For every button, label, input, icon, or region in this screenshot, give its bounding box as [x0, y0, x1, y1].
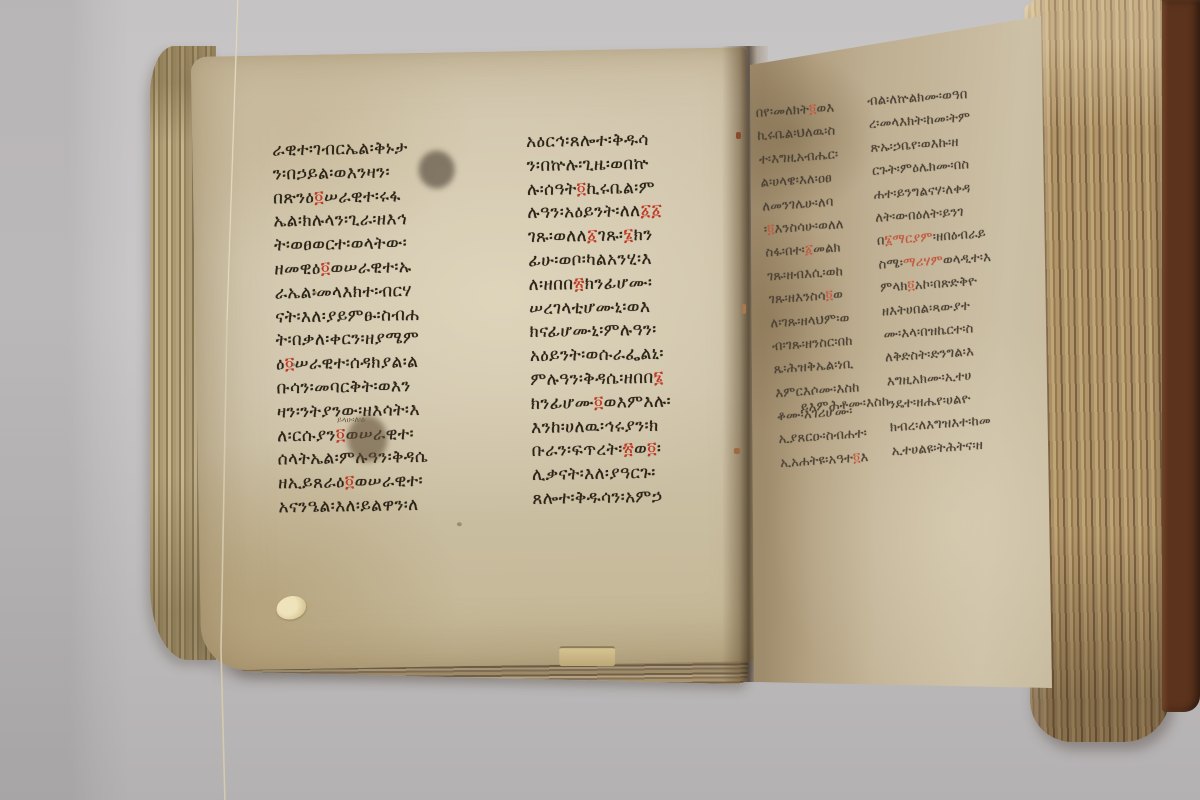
ink-text: ኢተሀልዩ፡ትሕትና፡ዘ	[891, 438, 983, 459]
speck	[292, 363, 295, 366]
ink-text: ል፡ሀላዌ፡እለ፡ዐፀ	[760, 171, 832, 191]
ink-text: ሉዓን፡አዕይንት፡ለለ	[527, 201, 640, 223]
ink-text: ፡ዘበዕብራይ	[932, 227, 986, 246]
ink-text: ክንፊሆሙ፡	[585, 273, 653, 294]
binding-fiber	[736, 132, 741, 139]
ink-text: ወላዲተ፡እ	[943, 250, 992, 268]
rubricated-text: ፮	[653, 368, 664, 388]
ink-text: እ	[860, 450, 869, 466]
rubricated-text: ማሪሃም	[903, 253, 944, 271]
photo-manuscript-scene: ራዊተ፡ገብርኤል፡ቅኑታን፡በኃይል፡ወእንዛን፡በጽንዕ፬ሠራዊተ፡ሩፋኤል…	[0, 0, 1200, 800]
ink-text: አናንዔል፡እለ፡ይልዋን፡ለ	[278, 495, 418, 517]
ink-text: ክንፊሆሙ	[531, 393, 594, 414]
ink-text: ክብረ፡ለእግዝእተ፡ከመ	[890, 414, 992, 436]
ink-text: ወ	[634, 439, 647, 459]
binding-fiber	[734, 448, 740, 454]
rubricated-text: ፩፩	[640, 201, 662, 221]
parchment-repair-tab	[559, 646, 615, 666]
speck	[313, 291, 317, 295]
ink-text: ተ፡እግዚአብሔር፡	[759, 147, 839, 167]
ink-text: ት፡ወፀወርተ፡ወላትው፡	[274, 233, 407, 255]
ink-text: ፊሁ፡ወቦ፡ካልአንሂ፡እ	[528, 249, 652, 271]
ink-text: ወሠራዊተ፡ኡ	[330, 257, 411, 278]
speck	[457, 522, 462, 526]
ink-text: ረ፡መላእክት፡ከመ፡ትም	[868, 110, 971, 132]
left-page: ራዊተ፡ገብርኤል፡ቅኑታን፡በኃይል፡ወእንዛን፡በጽንዕ፬ሠራዊተ፡ሩፋኤል…	[191, 47, 758, 671]
right-text-column-2: ብል፡ለኵልክሙ፡ወዓበረ፡መላእክት፡ከመ፡ትምጽኡ፡ኃቤየ፡ወእኩ፡ዘርጉት…	[866, 78, 1062, 463]
ink-text: በጽንዕ	[273, 187, 314, 208]
ink-text: ወእ	[816, 101, 835, 117]
ink-text: ዘመዊዕ	[274, 259, 321, 280]
ink-text: ሠራዊተ፡ሰዳክያል፡ል	[295, 352, 419, 374]
ink-text: ሠረገላቲሆሙኒ፡ወእ	[529, 296, 651, 318]
ink-text: ናት፡እለ፡ያይምፁ፡ስብሐ	[275, 305, 419, 328]
ink-text: አኮ፡በጽድቅዮ	[914, 274, 977, 293]
left-text-column-1: ራዊተ፡ገብርኤል፡ቅኑታን፡በኃይል፡ወእንዛን፡በጽንዕ፬ሠራዊተ፡ሩፋኤል…	[272, 135, 515, 520]
ink-text: ጼ፡ሕዝቅኤል፡ነቢ	[773, 357, 854, 378]
ink-text: እንከ፡ሀለዉ፡ኅሩያን፡ክ	[531, 415, 659, 437]
ink-text: አዕይንት፡ወሱራፌልኒ፡	[530, 344, 664, 366]
ink-text: ለ፡ዘበበ	[529, 274, 574, 295]
ink-text: ሊቃናት፡እለ፡ያዓርጉ፡	[532, 463, 656, 485]
ink-text: ራዊተ፡ገብርኤል፡ቅኑታ	[272, 138, 408, 160]
ink-text: ኢአሐትዩ፡አዓተ	[780, 451, 854, 471]
ink-text: ዘኢይጸራዕ	[278, 472, 345, 493]
binding-fiber	[742, 304, 746, 314]
ink-text: ክን	[634, 225, 653, 245]
ink-text: ጸሎተ፡ቅዱሳን፡አምኃ	[532, 487, 662, 509]
text-line: አናንዔል፡እለ፡ይልዋን፡ለ	[278, 492, 514, 520]
ink-text: ለት፡ውበዕለት፡ይንገ	[875, 205, 964, 226]
ink-text: ዕ	[276, 354, 285, 374]
left-text-column-2: አዕርኅ፡ጸሎተ፡ቅዱሳን፡በኵሉ፡ጊዜ፡ወበኵሉ፡ሰዓት፬ኪሩቤል፡ምሉዓን፡…	[526, 127, 749, 511]
ink-text: ወ	[833, 287, 844, 303]
ink-text: ለቅድስት፡ድንግል፡እ	[885, 345, 975, 366]
ink-text: ዘእትሀበል፡ጻውያተ	[881, 298, 970, 319]
rubricated-text: ፬	[314, 187, 324, 207]
ink-text: ኪሩቤል፡ም	[586, 177, 655, 198]
ink-text: ለ፡ርሱያን	[277, 425, 336, 446]
ink-text: ስሜ፡	[878, 256, 903, 273]
rubricated-text: ፮	[623, 225, 634, 245]
ink-text: ራኤል፡መላእክተ፡ብርሃ	[275, 281, 412, 303]
ink-text: ሉ፡ሰዓት	[527, 179, 577, 200]
ink-text: ሙ፡እላ፡በዝኬርተ፡ስ	[883, 321, 974, 342]
ink-text: ወሠራዊተ፡	[354, 471, 423, 492]
ink-text: እግዚአክሙ፡ኢተሀ	[886, 368, 972, 389]
text-line: ጸሎተ፡ቅዱሳን፡አምኃ	[532, 484, 748, 512]
rubricated-text: ማርያም	[892, 230, 933, 248]
ink-text: በየ፡መለክት	[755, 102, 809, 121]
rubricated-text: ፩	[587, 226, 598, 246]
ink-text: ስፋ፡በተ፡	[765, 243, 805, 261]
ink-text: ገጹ፡	[598, 226, 624, 246]
ink-text: ኪሩቤል፡ህለዉ፡ስ	[757, 124, 836, 144]
ink-text: ጽኡ፡ኃቤየ፡ወእኩ፡ዘ	[870, 135, 959, 156]
right-page: በየ፡መለክት፬ወእኪሩቤል፡ህለዉ፡ስተ፡እግዚአብሔር፡ል፡ሀላዌ፡እለ፡ዐ…	[745, 10, 1057, 696]
ink-text: ገጹ፡ዘብእሲ፡ወከ	[767, 264, 844, 284]
ink-text: አዕርኅ፡ጸሎተ፡ቅዱሳ	[526, 130, 649, 152]
ink-text: ምላክ	[880, 279, 908, 296]
ink-text: ሠራዊተ፡ሩፋ	[324, 186, 401, 207]
ink-text: መልክ	[813, 241, 842, 258]
ink-text: ብል፡ለኵልክሙ፡ወዓበ	[867, 87, 968, 109]
wax-drop	[274, 593, 309, 623]
ink-text: ንዴተ፡ዘሔየ፡ሀልዮ	[888, 392, 971, 413]
rubricated-text: ፬	[321, 258, 331, 278]
leather-cover-edge	[1162, 0, 1200, 712]
ink-text: ሐተ፡ይንግልናሃ፡ለቀዳ	[873, 181, 971, 203]
ink-text: ብ፡ገጹ፡ዘንስር፡በከ	[772, 334, 854, 355]
ink-text: ለመንገሌሁ፡ለባ	[762, 194, 834, 214]
ink-text: ን፡በኃይል፡ወእንዛን፡	[273, 162, 391, 184]
ink-text: ኤል፡ክሉላን፡ጊራ፡ዘእኅ	[273, 210, 407, 232]
ink-text: ኢያጸርዑ፡ስብሐተ፡	[778, 426, 867, 447]
ink-text: ፡	[657, 439, 662, 459]
ink-text: ርጉት፡ምዕሌክሙ፡በስ	[872, 157, 970, 179]
rubricated-text: ፬	[345, 472, 355, 492]
ink-text: ገጹ፡ወለለ	[528, 226, 588, 247]
ink-text: ን፡በኵሉ፡ጊዜ፡ወበኵ	[526, 154, 648, 176]
ink-text: ቡሳን፡መባርቅት፡ወእን	[276, 376, 411, 398]
ink-text: ለ፡ገጹ፡ዘላህም፡ወ	[770, 310, 850, 330]
ink-text: ቡራን፡ፍጥረት፡	[531, 440, 622, 462]
ink-text: ክናፊሆሙኒ፡ምሉዓን፡	[529, 320, 656, 342]
ink-text: እንስሳሁ፡ወለለ	[774, 217, 844, 237]
rubricated-text: ፳	[573, 274, 585, 294]
ink-text: ገጹ፡ዘእንስሳ	[768, 289, 826, 308]
ink-text: ወእምእሉ፡	[603, 391, 671, 412]
rubricated-text: ፬	[594, 393, 604, 413]
ink-text: ምሉዓን፡ቅዳሴ፡ዘበበ	[530, 368, 654, 390]
ink-text: ት፡በቃለ፡ቀርን፡ዘያሜም	[275, 328, 419, 351]
